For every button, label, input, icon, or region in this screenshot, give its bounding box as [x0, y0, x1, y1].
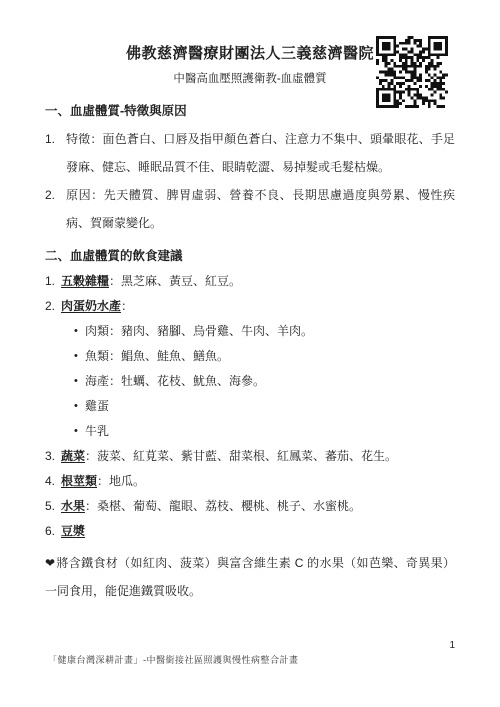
food-category-text: ：	[121, 299, 133, 313]
section2-list: 1. 五穀雜糧：黑芝麻、黃豆、紅豆。 2. 肉蛋奶水產： • 肉類：豬肉、豬腳、…	[45, 269, 455, 544]
list-item: 1. 特徵：面色蒼白、口唇及指甲顏色蒼白、注意力不集中、頭暈眼花、手足發麻、健忘…	[45, 125, 455, 181]
bullet-icon: •	[74, 369, 85, 394]
bullet-text: 肉類：豬肉、豬腳、烏骨雞、牛肉、羊肉。	[85, 319, 313, 344]
bullet-text: 海產：牡蠣、花枝、魷魚、海參。	[85, 369, 265, 394]
section1-list: 1. 特徵：面色蒼白、口唇及指甲顏色蒼白、注意力不集中、頭暈眼花、手足發麻、健忘…	[45, 125, 455, 237]
bullet-item: • 雞蛋	[74, 394, 455, 419]
list-item-number: 2.	[45, 181, 66, 237]
bullet-text: 牛乳	[85, 419, 109, 444]
list-item-number: 2.	[45, 294, 61, 319]
bullet-icon: •	[74, 419, 85, 444]
document-body: 一、血虛體質-特徵與原因 1. 特徵：面色蒼白、口唇及指甲顏色蒼白、注意力不集中…	[45, 103, 455, 605]
food-category-text: ：桑椹、葡萄、龍眼、荔枝、櫻桃、桃子、水蜜桃。	[85, 499, 361, 513]
section2-heading: 二、血虛體質的飲食建議	[45, 244, 455, 269]
list-item-number: 4.	[45, 469, 61, 494]
page-number: 1	[449, 640, 455, 651]
food-category-label: 五穀雜糧	[61, 274, 109, 288]
list-item: 5. 水果：桑椹、葡萄、龍眼、荔枝、櫻桃、桃子、水蜜桃。	[45, 494, 455, 519]
list-item-number: 1.	[45, 125, 66, 181]
food-category-text: ：黑芝麻、黃豆、紅豆。	[109, 274, 241, 288]
bullet-item: • 海產：牡蠣、花枝、魷魚、海參。	[74, 369, 455, 394]
bullet-icon: •	[74, 394, 85, 419]
list-item-number: 6.	[45, 519, 61, 544]
heart-icon: ❤	[45, 556, 55, 570]
food-category-text: ：地瓜。	[97, 474, 145, 488]
bullet-item: • 牛乳	[74, 419, 455, 444]
note-text: 將含鐵食材（如紅肉、菠菜）與富含維生素 C 的水果（如芭樂、奇異果）一同食用，能…	[45, 556, 455, 598]
list-item-text: 原因：先天體質、脾胃虛弱、營養不良、長期思慮過度與勞累、慢性疾病、賀爾蒙變化。	[66, 181, 455, 237]
bullet-icon: •	[74, 319, 85, 344]
bullet-item: • 魚類：鯧魚、鮭魚、鱔魚。	[74, 344, 455, 369]
bullet-text: 魚類：鯧魚、鮭魚、鱔魚。	[85, 344, 229, 369]
food-category-label: 根莖類	[61, 474, 97, 488]
bullet-text: 雞蛋	[85, 394, 109, 419]
list-item-text: 特徵：面色蒼白、口唇及指甲顏色蒼白、注意力不集中、頭暈眼花、手足發麻、健忘、睡眠…	[66, 125, 455, 181]
food-category-label: 肉蛋奶水產	[61, 299, 121, 313]
food-category-label: 水果	[61, 499, 85, 513]
list-item-number: 3.	[45, 444, 61, 469]
food-category-label: 豆漿	[61, 524, 85, 538]
list-item: 4. 根莖類：地瓜。	[45, 469, 455, 494]
list-item-number: 1.	[45, 269, 61, 294]
bullet-item: • 肉類：豬肉、豬腳、烏骨雞、牛肉、羊肉。	[74, 319, 455, 344]
bullet-icon: •	[74, 344, 85, 369]
iron-absorption-note: ❤將含鐵食材（如紅肉、菠菜）與富含維生素 C 的水果（如芭樂、奇異果）一同食用，…	[45, 549, 455, 605]
footer-text: 「健康台灣深耕計畫」-中醫銜接社區照護與慢性病整合計畫	[48, 653, 299, 666]
list-item: 3. 蔬菜：菠菜、紅莧菜、紫甘藍、甜菜根、紅鳳菜、蕃茄、花生。	[45, 444, 455, 469]
list-item: 2. 肉蛋奶水產：	[45, 294, 455, 319]
list-item-number: 5.	[45, 494, 61, 519]
list-item: 6. 豆漿	[45, 519, 455, 544]
food-category-text: ：菠菜、紅莧菜、紫甘藍、甜菜根、紅鳳菜、蕃茄、花生。	[85, 449, 397, 463]
list-item: 1. 五穀雜糧：黑芝麻、黃豆、紅豆。	[45, 269, 455, 294]
list-item: 2. 原因：先天體質、脾胃虛弱、營養不良、長期思慮過度與勞累、慢性疾病、賀爾蒙變…	[45, 181, 455, 237]
food-category-label: 蔬菜	[61, 449, 85, 463]
qr-code-icon	[376, 36, 448, 108]
